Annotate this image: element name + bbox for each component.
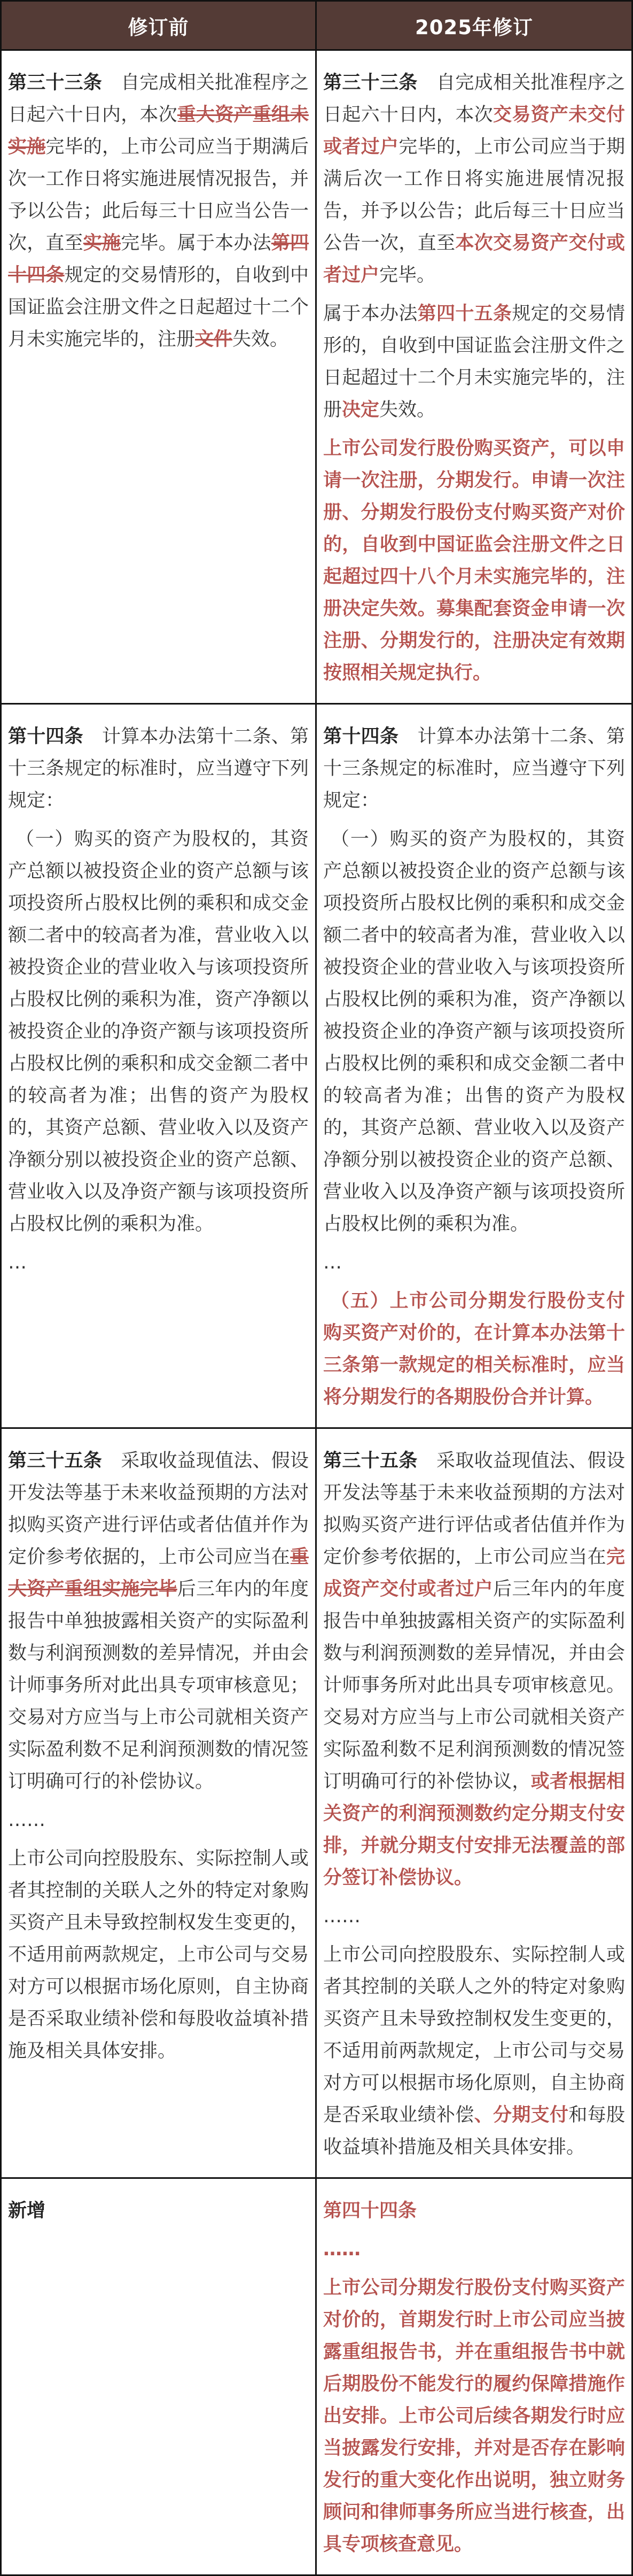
paragraph: 上市公司向控股股东、实际控制人或者其控制的关联人之外的特定对象购买资产且未导致控…	[8, 1843, 309, 2067]
paragraph: 第四十四条	[323, 2195, 625, 2227]
cell-article-14-revised: 第十四条 计算本办法第十二条、第十三条规定的标准时，应当遵守下列规定：（一）购买…	[317, 705, 631, 1427]
header-cell-revised-2025: 2025年修订	[317, 2, 631, 49]
paragraph: …	[323, 1247, 625, 1279]
article-heading: 第三十五条	[8, 1450, 102, 1472]
paragraph: 第十四条 计算本办法第十二条、第十三条规定的标准时，应当遵守下列规定：	[8, 721, 309, 817]
text-run: 完毕。属于本办法	[121, 233, 271, 254]
text-run: （一）购买的资产为股权的，其资产总额以被投资企业的资产总额与该项投资所占股权比例…	[323, 829, 625, 1235]
paragraph: 上市公司向控股股东、实际控制人或者其控制的关联人之外的特定对象购买资产且未导致控…	[323, 1939, 625, 2163]
row-article-14: 第十四条 计算本办法第十二条、第十三条规定的标准时，应当遵守下列规定：（一）购买…	[2, 705, 631, 1429]
paragraph: ……	[8, 1804, 309, 1836]
text-run: …	[8, 1252, 27, 1273]
added-text-run: （五）上市公司分期发行股份支付购买资产对价的，在计算本办法第十三条第一款规定的相…	[323, 1290, 625, 1408]
paragraph: 第三十三条 自完成相关批准程序之日起六十日内，本次交易资产未交付或者过户完毕的，…	[323, 67, 625, 291]
row-article-35: 第三十五条 采取收益现值法、假设开发法等基于未来收益预期的方法对拟购买资产进行评…	[2, 1429, 631, 2179]
paragraph: …	[8, 1247, 309, 1279]
cell-article-33-revised: 第三十三条 自完成相关批准程序之日起六十日内，本次交易资产未交付或者过户完毕的，…	[317, 51, 631, 703]
paragraph: （一）购买的资产为股权的，其资产总额以被投资企业的资产总额与该项投资所占股权比例…	[8, 823, 309, 1240]
deleted-text-run: 文件	[195, 329, 232, 350]
deleted-text-run: 实施	[83, 233, 121, 254]
paragraph: 上市公司发行股份购买资产，可以申请一次注册，分期发行。申请一次注册、分期发行股份…	[323, 432, 625, 689]
article-heading: 第十四条	[323, 726, 398, 747]
header-cell-before: 修订前	[2, 2, 317, 49]
added-text-run: 上市公司发行股份购买资产，可以申请一次注册，分期发行。申请一次注册、分期发行股份…	[323, 438, 625, 684]
text-run: ……	[323, 1906, 361, 1927]
added-text-run: ……	[323, 2239, 361, 2260]
added-text-run: 第四十五条	[418, 303, 512, 324]
paragraph: 第十四条 计算本办法第十二条、第十三条规定的标准时，应当遵守下列规定：	[323, 721, 625, 817]
paragraph: ……	[323, 2233, 625, 2265]
row-article-44-new: 新增第四十四条……上市公司分期发行股份支付购买资产对价的，首期发行时上市公司应当…	[2, 2179, 631, 2574]
article-heading: 新增	[8, 2200, 45, 2222]
paragraph: （一）购买的资产为股权的，其资产总额以被投资企业的资产总额与该项投资所占股权比例…	[323, 823, 625, 1240]
article-heading: 第三十五条	[323, 1450, 418, 1472]
paragraph: 第三十五条 采取收益现值法、假设开发法等基于未来收益预期的方法对拟购买资产进行评…	[8, 1445, 309, 1798]
cell-article-44-new-before: 新增	[2, 2179, 317, 2574]
text-run: …	[323, 1252, 342, 1273]
text-run: 后三年内的年度报告中单独披露相关资产的实际盈利数与利润预测数的差异情况，并由会计…	[323, 1579, 625, 1792]
text-run: 失效。	[232, 329, 288, 350]
article-heading: 第三十三条	[323, 72, 418, 94]
paragraph: 第三十五条 采取收益现值法、假设开发法等基于未来收益预期的方法对拟购买资产进行评…	[323, 1445, 625, 1894]
text-run: ……	[8, 1809, 45, 1831]
paragraph: （五）上市公司分期发行股份支付购买资产对价的，在计算本办法第十三条第一款规定的相…	[323, 1285, 625, 1413]
text-run: 后三年内的年度报告中单独披露相关资产的实际盈利数与利润预测数的差异情况，并由会计…	[8, 1579, 309, 1792]
article-heading: 第十四条	[8, 726, 83, 747]
paragraph: 新增	[8, 2195, 309, 2227]
paragraph: 第三十三条 自完成相关批准程序之日起六十日内，本次重大资产重组未实施完毕的，上市…	[8, 67, 309, 355]
text-run: 完毕。	[379, 265, 435, 286]
added-text-run: 上市公司分期发行股份支付购买资产对价的，首期发行时上市公司应当披露重组报告书，并…	[323, 2277, 625, 2555]
paragraph: 上市公司分期发行股份支付购买资产对价的，首期发行时上市公司应当披露重组报告书，并…	[323, 2272, 625, 2560]
added-text-run: 、分期支付	[474, 2105, 569, 2126]
table-body: 第三十三条 自完成相关批准程序之日起六十日内，本次重大资产重组未实施完毕的，上市…	[2, 51, 631, 2574]
text-run: 上市公司向控股股东、实际控制人或者其控制的关联人之外的特定对象购买资产且未导致控…	[323, 1944, 625, 2126]
row-article-33: 第三十三条 自完成相关批准程序之日起六十日内，本次重大资产重组未实施完毕的，上市…	[2, 51, 631, 705]
text-run: 失效。	[379, 399, 435, 421]
paragraph: ……	[323, 1900, 625, 1932]
cell-article-35-revised: 第三十五条 采取收益现值法、假设开发法等基于未来收益预期的方法对拟购买资产进行评…	[317, 1429, 631, 2177]
paragraph: 属于本办法第四十五条规定的交易情形的，自收到中国证监会注册文件之日起超过十二个月…	[323, 298, 625, 426]
text-run: 属于本办法	[323, 303, 418, 324]
cell-article-35-before: 第三十五条 采取收益现值法、假设开发法等基于未来收益预期的方法对拟购买资产进行评…	[2, 1429, 317, 2177]
revision-comparison-table: 修订前 2025年修订 第三十三条 自完成相关批准程序之日起六十日内，本次重大资…	[0, 0, 633, 2576]
text-run: （一）购买的资产为股权的，其资产总额以被投资企业的资产总额与该项投资所占股权比例…	[8, 829, 309, 1235]
added-text-run: 第四十四条	[323, 2200, 417, 2222]
cell-article-14-before: 第十四条 计算本办法第十二条、第十三条规定的标准时，应当遵守下列规定：（一）购买…	[2, 705, 317, 1427]
text-run: 上市公司向控股股东、实际控制人或者其控制的关联人之外的特定对象购买资产且未导致控…	[8, 1848, 309, 2062]
table-header-row: 修订前 2025年修订	[2, 2, 631, 51]
added-text-run: 决定	[342, 399, 379, 421]
article-heading: 第三十三条	[8, 72, 102, 94]
cell-article-33-before: 第三十三条 自完成相关批准程序之日起六十日内，本次重大资产重组未实施完毕的，上市…	[2, 51, 317, 703]
cell-article-44-new-revised: 第四十四条……上市公司分期发行股份支付购买资产对价的，首期发行时上市公司应当披露…	[317, 2179, 631, 2574]
